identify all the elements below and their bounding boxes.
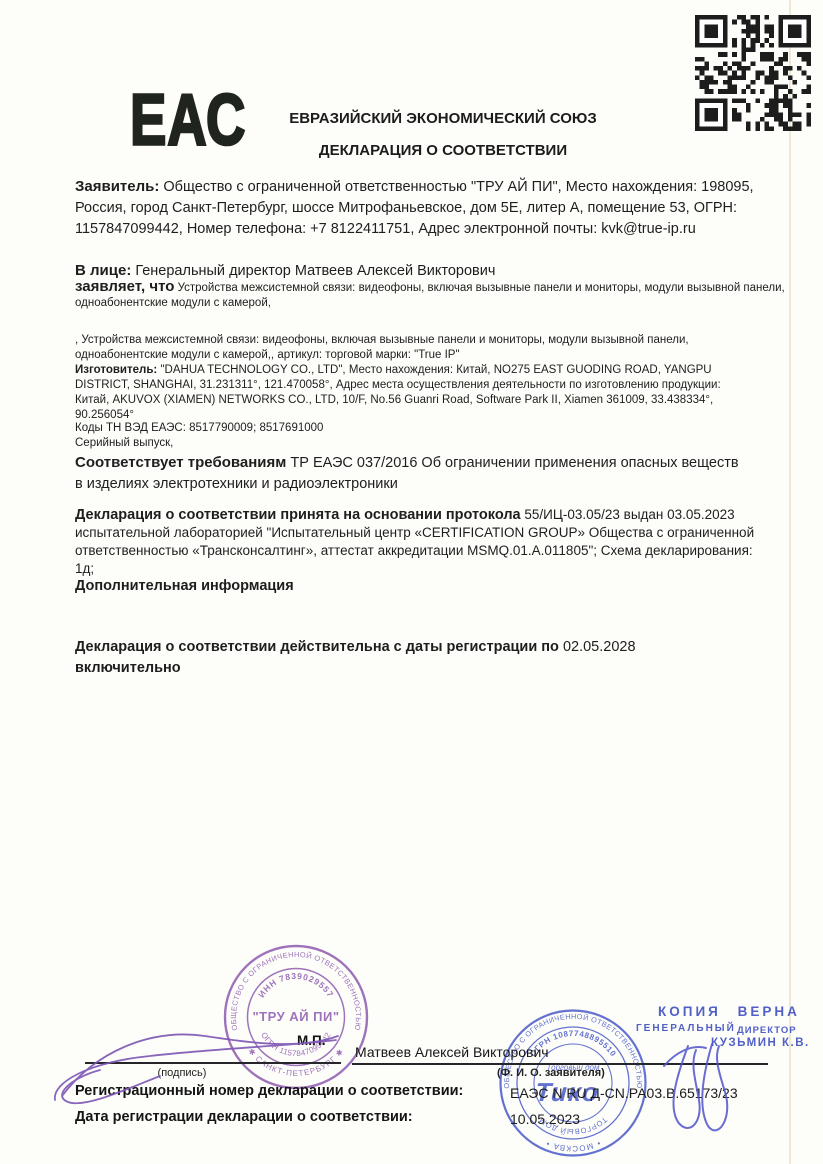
- serial-issue: Серийный выпуск,: [75, 436, 791, 451]
- svg-text:• МОСКВА •: • МОСКВА •: [544, 1139, 602, 1154]
- conform-label: Соответствует требованиям: [75, 454, 286, 471]
- reg-date-value: 10.05.2023: [510, 1111, 580, 1127]
- product-line: , Устройства межсистемной связи: видеофо…: [75, 333, 791, 348]
- basis-line: испытательной лабораторией "Испытательны…: [75, 524, 791, 542]
- product-paragraph: , Устройства межсистемной связи: видеофо…: [75, 333, 791, 363]
- basis-label: Декларация о соответствии принята на осн…: [75, 507, 521, 523]
- declares-text: Устройства межсистемной связи: видеофоны…: [75, 282, 785, 309]
- copy-stamp-signer: КУЗЬМИН К.В.: [711, 1037, 810, 1049]
- declares-paragraph: заявляет, что Устройства межсистемной св…: [75, 279, 791, 311]
- reg-number-value: ЕАЭС N RU Д-CN.РА03.В.65173/23: [510, 1085, 738, 1101]
- applicant-paragraph: Заявитель: Общество с ограниченной ответ…: [75, 176, 791, 240]
- basis-line: ответственностью «Трансконсалтинг», атте…: [75, 542, 791, 560]
- person-label: В лице:: [75, 262, 131, 279]
- signature-line: [85, 1062, 341, 1064]
- product-line: одноабонентские модули с камерой,, артик…: [75, 348, 791, 363]
- header-union: ЕВРАЗИЙСКИЙ ЭКОНОМИЧЕСКИЙ СОЮЗ: [83, 110, 803, 127]
- svg-text:ИНН 7839029557: ИНН 7839029557: [256, 971, 336, 999]
- manufacturer-line: DISTRICT, SHANGHAI, 31.231311°, 121.4700…: [75, 378, 791, 393]
- manufacturer-line: Китай, AKUVOX (XIAMEN) NETWORKS CO., LTD…: [75, 393, 791, 408]
- seal-place-label: М.П.: [297, 1033, 325, 1048]
- declares-label: заявляет, что: [75, 278, 174, 295]
- applicant-text: Общество с ограниченной ответственностью…: [75, 179, 754, 237]
- manufacturer-line: Изготовитель: "DAHUA TECHNOLOGY CO., LTD…: [75, 363, 791, 378]
- reg-date-label: Дата регистрации декларации о соответств…: [75, 1109, 413, 1125]
- basis-value: 55/ИЦ-03.05/23 выдан 03.05.2023: [524, 507, 734, 522]
- seal-moscow-text: • МОСКВА •: [544, 1139, 602, 1154]
- manufacturer-paragraph: Изготовитель: "DAHUA TECHNOLOGY CO., LTD…: [75, 363, 791, 423]
- declaration-document: ЕАС ЕВРАЗИЙСКИЙ ЭКОНОМИЧЕСКИЙ СОЮЗ ДЕКЛА…: [0, 0, 823, 1164]
- validity-label: Декларация о соответствии действительна …: [75, 639, 559, 655]
- reg-number-label: Регистрационный номер декларации о соотв…: [75, 1083, 463, 1099]
- copy-stamp-role-2: ДИРЕКТОР: [737, 1025, 797, 1036]
- conform-text-1: ТР ЕАЭС 037/2016 Об ограничении применен…: [290, 455, 738, 471]
- additional-info-label: Дополнительная информация: [75, 576, 791, 597]
- conform-paragraph: Соответствует требованиям ТР ЕАЭС 037/20…: [75, 452, 791, 495]
- seal-ring-text: ОБЩЕСТВО С ОГРАНИЧЕННОЙ ОТВЕТСТВЕННОСТЬЮ: [229, 950, 363, 1031]
- copy-verna-stamp: КОПИЯ ВЕРНА: [658, 1004, 800, 1019]
- name-caption: (Ф. И. О. заявителя): [497, 1067, 605, 1079]
- person-text: Генеральный директор Матвеев Алексей Вик…: [135, 263, 495, 279]
- seal-inn-text: ИНН 7839029557: [256, 971, 336, 999]
- manufacturer-label: Изготовитель:: [75, 364, 157, 376]
- basis-paragraph: Декларация о соответствии принята на осн…: [75, 506, 791, 578]
- copy-stamp-role-1: ГЕНЕРАЛЬНЫЙ: [636, 1023, 736, 1034]
- tnved-codes: Коды ТН ВЭД ЕАЭС: 8517790009; 8517691000: [75, 421, 791, 436]
- header-title: ДЕКЛАРАЦИЯ О СООТВЕТСТВИИ: [83, 142, 803, 159]
- trade-house-seal: ОБЩЕСТВО С ОГРАНИЧЕННОЙ ОТВЕТСТВЕННОСТЬЮ…: [498, 1008, 648, 1158]
- validity-suffix: включительно: [75, 658, 791, 679]
- svg-text:ОБЩЕСТВО С ОГРАНИЧЕННОЙ ОТВЕТС: ОБЩЕСТВО С ОГРАНИЧЕННОЙ ОТВЕТСТВЕННОСТЬЮ: [229, 950, 363, 1031]
- applicant-label: Заявитель:: [75, 178, 159, 195]
- validity-paragraph: Декларация о соответствии действительна …: [75, 637, 791, 679]
- signature-caption: (подпись): [117, 1067, 247, 1079]
- validity-date: 02.05.2028: [563, 639, 636, 655]
- conform-text-2: в изделиях электротехники и радиоэлектро…: [75, 474, 791, 495]
- seal-company-name: "ТРУ АЙ ПИ": [253, 1009, 340, 1024]
- signatory-name: Матвеев Алексей Викторович: [355, 1044, 549, 1060]
- name-line: [352, 1063, 768, 1065]
